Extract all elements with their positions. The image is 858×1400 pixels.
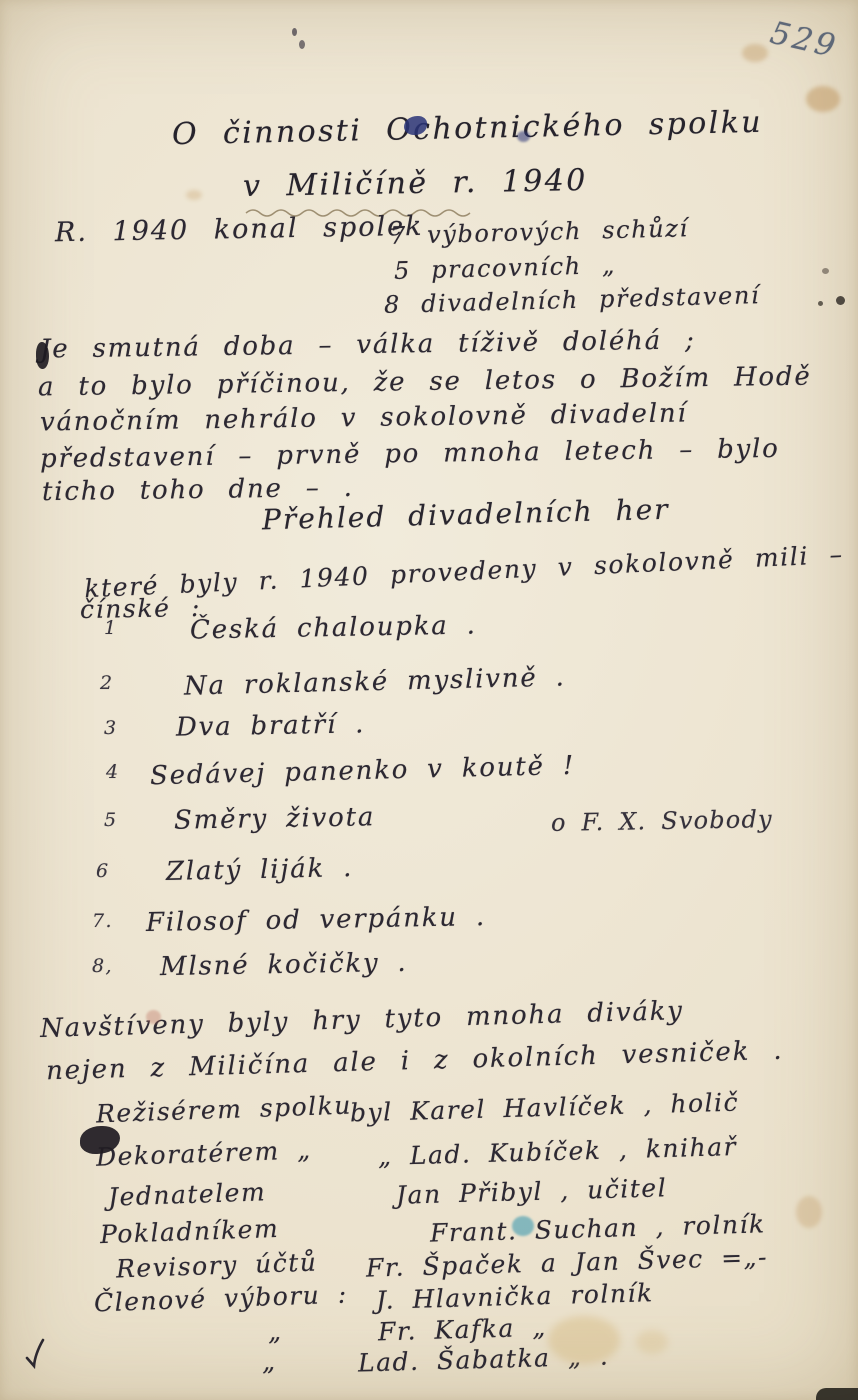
summary-count-3: 8 divadelních představení: [384, 282, 761, 318]
play-title: Zlatý liják .: [166, 854, 354, 887]
official-name: Fr. Špaček a Jan Švec =„-: [366, 1243, 769, 1282]
official-role: Režisérem spolku: [96, 1092, 353, 1128]
official-name: byl Karel Havlíček , holič: [350, 1089, 740, 1127]
plays-subheading-line-2: čínské :: [80, 594, 202, 624]
play-title: Směry života: [174, 803, 376, 835]
official-role-ditto: „: [262, 1348, 277, 1376]
war-paragraph-line-3: vánočním nehrálo v sokolovně divadelní: [40, 399, 688, 437]
war-paragraph-line-1: Je smutná doba – válka tíživě doléhá ;: [40, 326, 696, 364]
official-name: Lad. Šabatka „ .: [358, 1342, 610, 1377]
play-number: 4: [106, 762, 120, 783]
official-name: Fr. Kafka „: [378, 1314, 547, 1346]
official-role: Pokladníkem: [100, 1215, 280, 1249]
play-title: Na roklanské myslivně .: [184, 663, 566, 701]
ink-speck: [299, 40, 305, 49]
summary-lead: R. 1940 konal spolek: [55, 212, 424, 248]
play-title: Česká chaloupka .: [190, 612, 477, 646]
official-name: J. Hlavnička rolník: [376, 1279, 654, 1314]
scan-edge-shadow: [816, 1388, 858, 1400]
official-role: Dekoratérem „: [96, 1136, 312, 1171]
official-role-ditto: „: [268, 1318, 283, 1346]
play-number: 2: [100, 673, 114, 694]
play-number: 8,: [92, 956, 113, 977]
audience-line-2: nejen z Miličína ale i z okolních vesnič…: [46, 1037, 784, 1086]
check-ink-mark: [22, 1334, 52, 1370]
ink-speck: [836, 296, 845, 305]
foxing-stain: [796, 1196, 822, 1228]
plays-heading: Přehled divadelních her: [262, 495, 670, 536]
official-name: „ Lad. Kubíček , knihař: [378, 1133, 738, 1171]
official-role: Členové výboru :: [94, 1281, 348, 1317]
title-line-2: v Miličíně r. 1940: [243, 164, 588, 203]
official-role: Jednatelem: [108, 1178, 267, 1211]
play-title: Mlsné kočičky .: [160, 949, 408, 982]
ink-speck: [822, 268, 829, 274]
foxing-stain: [742, 44, 768, 62]
foxing-stain: [186, 190, 202, 200]
summary-count-1: 7 výborových schůzí: [390, 215, 689, 249]
play-number: 7.: [92, 911, 113, 932]
ink-speck: [292, 28, 297, 36]
foxing-stain: [636, 1330, 668, 1354]
official-name: Jan Přibyl , učitel: [396, 1174, 668, 1209]
title-line-1: O činnosti Ochotnického spolku: [172, 106, 764, 151]
play-number: 1: [104, 618, 118, 639]
play-number: 6: [96, 861, 110, 882]
war-paragraph-line-2: a to bylo příčinou, že se letos o Božím …: [38, 363, 812, 402]
page-number: 529: [767, 15, 842, 65]
play-author-note: o F. X. Svobody: [551, 806, 773, 836]
play-title: Sedávej panenko v koutě !: [150, 752, 576, 791]
official-name: Frant. Suchan , rolník: [430, 1210, 766, 1247]
summary-count-2: 5 pracovních „: [394, 252, 617, 284]
play-title: Dva bratří .: [176, 710, 366, 742]
audience-line-1: Navštíveny byly hry tyto mnoha diváky: [40, 997, 684, 1044]
play-title: Filosof od verpánku .: [146, 903, 486, 938]
foxing-stain: [806, 86, 840, 112]
play-number: 5: [104, 810, 118, 831]
war-paragraph-line-4: představení – prvně po mnoha letech – by…: [40, 435, 780, 474]
play-number: 3: [104, 718, 118, 739]
official-role: Revisory účtů: [116, 1248, 318, 1283]
ink-speck: [818, 301, 823, 306]
manuscript-page: 529 O činnosti Ochotnického spolku v Mil…: [0, 0, 858, 1400]
